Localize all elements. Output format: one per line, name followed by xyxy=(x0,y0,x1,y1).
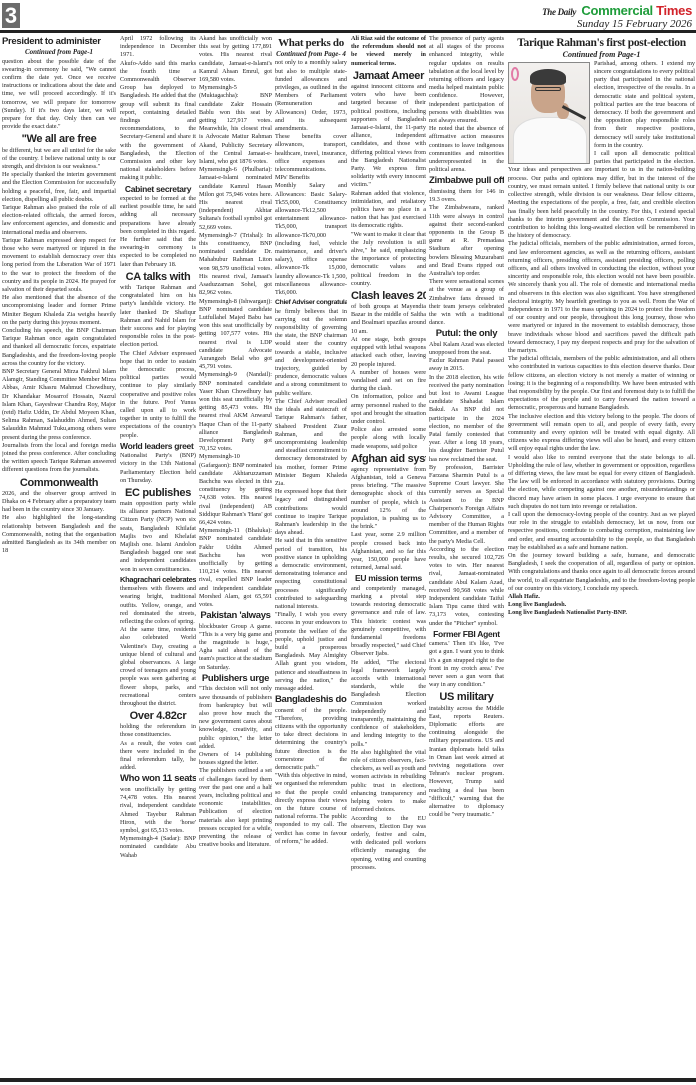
signoff: Long live Bangladesh. xyxy=(508,601,695,609)
article-headline[interactable]: "We all are free xyxy=(2,133,116,145)
paragraph: At the same time, residents also celebra… xyxy=(120,626,196,708)
paragraph: holding the referendum in those constitu… xyxy=(120,723,196,739)
paragraph: "With this objective in mind, we organis… xyxy=(275,772,347,846)
paragraph: dismissing them for 146 in 19.3 overs. xyxy=(429,188,504,204)
article-headline[interactable]: Who won 11 seats xyxy=(120,774,196,784)
page-number: 3 xyxy=(2,3,20,28)
paragraph: Fazlur Rahman Patal passed away in 2015. xyxy=(429,357,504,373)
masthead-divider xyxy=(0,30,696,33)
paragraph: The Chief Adviser expressed hope that in… xyxy=(120,350,196,440)
article-headline[interactable]: Commonwealth xyxy=(2,477,116,489)
newspaper-name: The Daily Commercial Times xyxy=(542,3,692,18)
paragraph: blockbuster Group A game. "This is a ver… xyxy=(199,623,272,672)
paragraph: The judicial officials, members of the p… xyxy=(508,355,695,412)
paragraph: According to the EU observers, Election … xyxy=(351,815,426,872)
column-2: April 1972 following its independence in… xyxy=(120,35,196,1077)
paragraph: At one stage, both groups equipped with … xyxy=(351,336,426,369)
article-headline[interactable]: Jamaat Ameer xyxy=(351,70,426,82)
paragraph: expected to be formed at the earliest po… xyxy=(120,195,196,269)
article-headline[interactable]: EU mission terms xyxy=(351,574,426,583)
article-headline[interactable]: Clash leaves 20 xyxy=(351,290,426,302)
paragraph: MPs' Benefits xyxy=(275,174,347,182)
article-headline[interactable]: What perks do xyxy=(275,37,347,49)
continued-label: Continued from Page- 4 xyxy=(275,50,347,58)
paragraph: instability across the Middle East, repo… xyxy=(429,705,504,820)
article-headline[interactable]: Pakistan 'always xyxy=(199,611,272,621)
paragraph: The presence of party agents at all stag… xyxy=(429,35,504,125)
paragraph: He also mentioned that the absence of th… xyxy=(2,294,116,327)
paper-name-the: The Daily xyxy=(542,7,576,17)
paragraph: not only to a monthly salary but also to… xyxy=(275,59,347,133)
paragraph: BNP Secretary General Mirza Fakhrul Isla… xyxy=(2,368,116,442)
paragraph: According to the election results, she s… xyxy=(429,546,504,628)
paragraph: He expressed hope that their legacy and … xyxy=(275,488,347,537)
paragraph: By profession, Barrister Farzana Sharmin… xyxy=(429,464,504,546)
paragraph: "Finally, I wish you every success in yo… xyxy=(275,611,347,693)
paragraph: camera.' Then it's like, 'I've got a gun… xyxy=(429,640,504,689)
paragraph: Tarique Rahman expressed deep respect fo… xyxy=(2,237,116,294)
paragraph: Mymensingh-4 (Sadar): BNP nominated cand… xyxy=(120,835,196,860)
paragraph: Rahman added that violence, intimidation… xyxy=(351,190,426,231)
paragraph: Last year, some 2.9 million people cross… xyxy=(351,531,426,572)
article-headline[interactable]: Bangladeshis don't xyxy=(275,695,347,705)
paragraph: The Zimbabweans, ranked 11th were always… xyxy=(429,204,504,278)
photo-shirt xyxy=(513,117,587,164)
article-headline[interactable]: CA talks with xyxy=(120,271,196,283)
paragraph: He also highlighted the vital role of ci… xyxy=(351,749,426,815)
paragraph: The judicial officials, members of the p… xyxy=(508,240,695,355)
article-headline[interactable]: Chief Adviser congratulates xyxy=(275,299,347,306)
paragraph: Abul Kalam Azad was elected unopposed fr… xyxy=(429,341,504,357)
paragraph: he firmly believes that in carrying out … xyxy=(275,308,347,398)
paragraph: Ali Riaz said the outcome of the referen… xyxy=(351,35,426,68)
paragraph: of both groups at Mayendia Bazar in the … xyxy=(351,303,426,336)
paragraph: Mymensingh-8 (Ishwarganj): BNP nominated… xyxy=(199,298,272,372)
paragraph: I call upon the democracy-loving people … xyxy=(508,511,695,552)
continued-label: Continued from Page-1 xyxy=(2,48,116,56)
paragraph: As a result, the votes cast there were i… xyxy=(120,740,196,773)
paragraph: Journalists from the local and foreign m… xyxy=(2,442,116,475)
paragraph: These benefits cover allowances, transpo… xyxy=(275,133,347,174)
paragraph: "We want to make it clear that the July … xyxy=(351,231,426,288)
paragraph: Mymensingh-10 (Gafargaon): BNP nominated… xyxy=(199,453,272,527)
paragraph: Mymensingh-7 (Trishal): In this constitu… xyxy=(199,232,272,298)
paragraph: question about the possible date of the … xyxy=(2,58,116,132)
paragraph: Nationalist Party's (BNP) victory in the… xyxy=(120,452,196,485)
paragraph: Mymensingh-9 (Nandail): BNP nominated ca… xyxy=(199,371,272,453)
signoff: Long live Bangladesh Nationalist Party-B… xyxy=(508,609,695,617)
article-headline[interactable]: EC publishes xyxy=(120,487,196,499)
article-headline[interactable]: Putul: the only xyxy=(429,329,504,339)
paragraph: be different, but we are all united for … xyxy=(2,147,116,172)
article-headline[interactable]: Former FBI Agent xyxy=(429,630,504,639)
paragraph: and competently managed, marking a pivot… xyxy=(351,585,426,659)
paragraph: Monthly Salary and Allowances: Basic Sal… xyxy=(275,182,347,297)
tarique-rahman-photo xyxy=(508,62,590,164)
paragraph: Police also arrested some people along w… xyxy=(351,426,426,451)
column-6: The presence of party agents at all stag… xyxy=(429,35,504,1077)
paragraph: consent of the people. "Therefore, provi… xyxy=(275,707,347,773)
paragraph: Akand has unofficially won this seat by … xyxy=(199,35,272,84)
paragraph: "This decision will not only save thousa… xyxy=(199,685,272,751)
paragraph: I would also like to remind everyone tha… xyxy=(508,454,695,511)
column-1: President to administer Continued from P… xyxy=(2,35,116,1077)
paragraph: The Chief Adviser recalled the ideals an… xyxy=(275,398,347,488)
glasses-icon xyxy=(535,87,561,91)
paragraph: The inclusive election and this victory … xyxy=(508,413,695,454)
background-decor xyxy=(511,67,519,81)
masthead: 3 The Daily Commercial Times Sunday 15 F… xyxy=(0,0,696,34)
paper-name-times: Times xyxy=(656,3,692,18)
article-headline[interactable]: Publishers urge xyxy=(199,674,272,684)
paragraph: A number of houses were vandalised and s… xyxy=(351,369,426,394)
article-headline[interactable]: President to administer xyxy=(2,37,116,47)
paragraph: He added, "The electoral legal framework… xyxy=(351,659,426,749)
issue-date: Sunday 15 February 2026 xyxy=(577,18,692,30)
paragraph: Akufo-Addo said this marks the fourth ti… xyxy=(120,60,196,183)
footer-divider xyxy=(0,1078,696,1082)
column-4: What perks do Continued from Page- 4 not… xyxy=(275,35,347,1077)
paragraph: Mymensingh-6 (Phulbaria): Jamaat-e-Islam… xyxy=(199,166,272,232)
paragraph: He also highlighted the long-standing re… xyxy=(2,514,116,555)
article-headline[interactable]: Tarique Rahman's first post-election xyxy=(508,37,695,50)
column-5: Ali Riaz said the outcome of the referen… xyxy=(351,35,426,1077)
paragraph: There were sensational scenes at the ven… xyxy=(429,278,504,327)
paragraph: He noted that the absence of affirmative… xyxy=(429,125,504,174)
paragraph: against innocent citizens and voters who… xyxy=(351,83,426,190)
article-headline[interactable]: US military xyxy=(429,691,504,703)
article-headline[interactable]: World leaders greet xyxy=(120,442,196,451)
column-3: Akand has unofficially won this seat by … xyxy=(199,35,272,1077)
paragraph: 2026, and the observer group arrived in … xyxy=(2,490,116,515)
article-headline[interactable]: Cabinet secretary xyxy=(120,185,196,194)
paragraph: agency representative from Afghanistan, … xyxy=(351,466,426,532)
paragraph: Owners of 14 publishing houses signed th… xyxy=(199,751,272,767)
paragraph: main opposition party while its alliance… xyxy=(120,500,196,574)
continued-label: Continued from Page-1 xyxy=(508,51,695,59)
paragraph: Concluding his speech, the BNP Chairman … xyxy=(2,327,116,368)
paragraph: Mymensingh-5 (Muktagachha): BNP candidat… xyxy=(199,84,272,166)
paper-name-commercial: Commercial xyxy=(581,3,652,18)
paragraph: with Tarique Rahman and congratulated hi… xyxy=(120,284,196,350)
paragraph: April 1972 following its independence in… xyxy=(120,35,196,60)
paragraph: In the 2018 election, his wife received … xyxy=(429,374,504,464)
photo-hair xyxy=(530,69,566,85)
article-headline[interactable]: Over 4.82cr xyxy=(120,710,196,722)
article-headline[interactable]: Khagrachari celebrates xyxy=(120,576,196,584)
paragraph: The publishers outlined a set of challen… xyxy=(199,767,272,849)
paragraph: Tarique Rahman also praised the role of … xyxy=(2,204,116,237)
paragraph: won unofficially by getting 74,478 votes… xyxy=(120,786,196,835)
article-headline[interactable]: Afghan aid system xyxy=(351,453,426,465)
signoff: Allah Hafiz. xyxy=(508,593,695,601)
column-7-lead-article: Tarique Rahman's first post-election Con… xyxy=(508,35,695,1077)
paragraph: He specially thanked the interim governm… xyxy=(2,171,116,204)
paragraph: He said that in this sensitive period of… xyxy=(275,537,347,611)
paragraph: On the journey toward building a safe, h… xyxy=(508,552,695,593)
paragraph: Mymensingh-11 (Bhaluka): BNP nominated c… xyxy=(199,527,272,609)
paragraph: themselves with flowers and wearing brig… xyxy=(120,585,196,626)
paragraph: On information, police and army personne… xyxy=(351,393,426,426)
article-headline[interactable]: Zimbabwe pull off xyxy=(429,176,504,186)
